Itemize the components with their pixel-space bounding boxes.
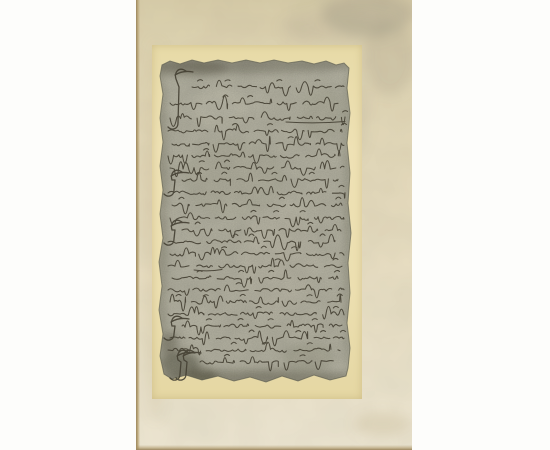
scanned-book-photo — [0, 0, 550, 450]
facsimile-mount-plate — [152, 45, 362, 399]
book-page — [136, 0, 412, 450]
manuscript-photo — [158, 58, 354, 385]
paper-aging — [158, 58, 354, 385]
